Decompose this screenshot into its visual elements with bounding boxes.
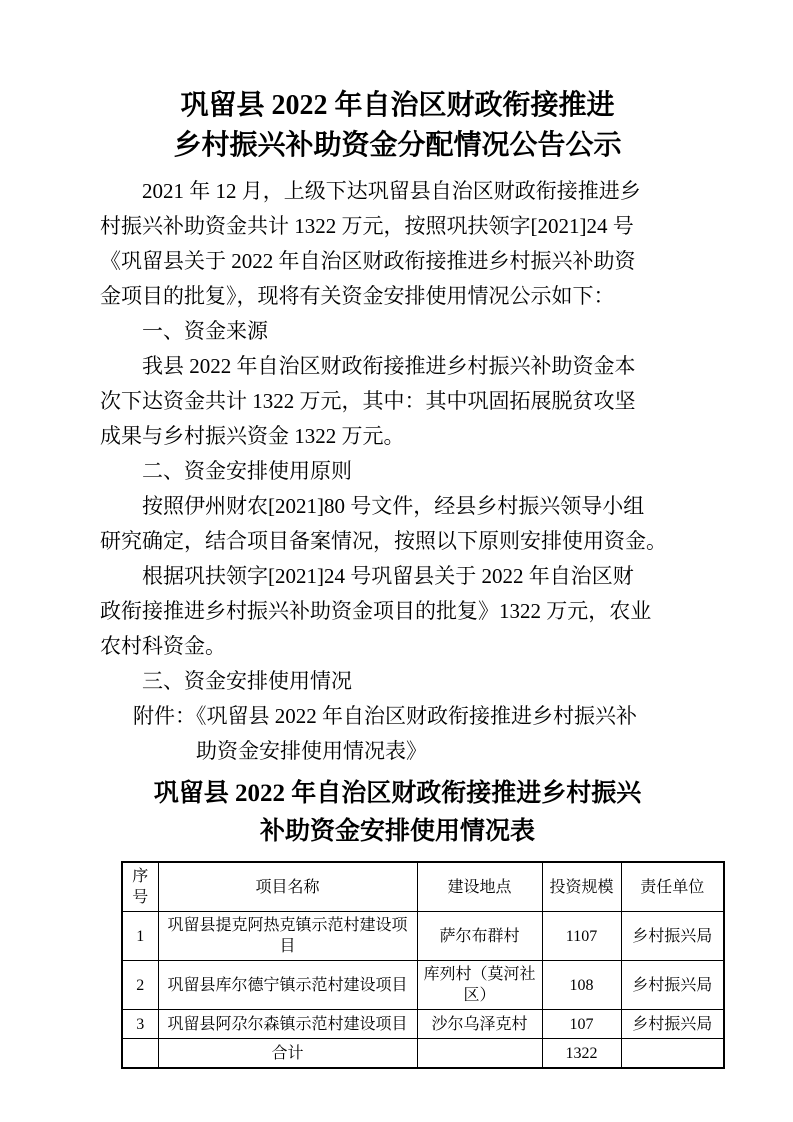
cell-investment: 108 [542, 961, 621, 1010]
header-project-name: 项目名称 [158, 862, 417, 912]
cell-location: 库列村（莫河社区） [417, 961, 542, 1010]
cell-total-label: 合计 [158, 1039, 417, 1069]
section1-heading: 一、资金来源 [100, 314, 695, 349]
document-title-line1: 巩留县 2022 年自治区财政衔接推进 [100, 86, 695, 126]
text-line: 《巩留县关于 2022 年自治区财政衔接推进乡村振兴补助资 [100, 244, 695, 279]
cell-investment: 1107 [542, 912, 621, 961]
table-title: 巩留县 2022 年自治区财政衔接推进乡村振兴 补助资金安排使用情况表 [100, 775, 695, 851]
table-total-row: 合计 1322 [122, 1039, 724, 1069]
cell-location: 萨尔布群村 [417, 912, 542, 961]
document-page: 巩留县 2022 年自治区财政衔接推进 乡村振兴补助资金分配情况公告公示 202… [0, 0, 793, 1122]
table-header-row: 序号 项目名称 建设地点 投资规模 责任单位 [122, 862, 724, 912]
cell-investment: 107 [542, 1010, 621, 1039]
heading-line: 二、资金安排使用原则 [100, 454, 695, 489]
text-line: 农村科资金。 [100, 629, 695, 664]
text-line: 根据巩扶领字[2021]24 号巩留县关于 2022 年自治区财 [100, 559, 695, 594]
cell-seq: 2 [122, 961, 158, 1010]
table-row: 3 巩留县阿尕尔森镇示范村建设项目 沙尔乌泽克村 107 乡村振兴局 [122, 1010, 724, 1039]
header-unit: 责任单位 [621, 862, 724, 912]
text-line: 研究确定，结合项目备案情况，按照以下原则安排使用资金。 [100, 524, 695, 559]
section3-heading: 三、资金安排使用情况 [100, 664, 695, 699]
cell-unit: 乡村振兴局 [621, 912, 724, 961]
table-row: 2 巩留县库尔德宁镇示范村建设项目 库列村（莫河社区） 108 乡村振兴局 [122, 961, 724, 1010]
cell-seq: 1 [122, 912, 158, 961]
table-title-line2: 补助资金安排使用情况表 [100, 813, 695, 851]
paragraph-intro: 2021 年 12 月，上级下达巩留县自治区财政衔接推进乡 村振兴补助资金共计 … [100, 174, 695, 314]
cell-unit: 乡村振兴局 [621, 1010, 724, 1039]
paragraph-usage-principle-2: 根据巩扶领字[2021]24 号巩留县关于 2022 年自治区财 政衔接推进乡村… [100, 559, 695, 664]
cell-seq: 3 [122, 1010, 158, 1039]
heading-line: 一、资金来源 [100, 314, 695, 349]
paragraph-usage-principle-1: 按照伊州财农[2021]80 号文件，经县乡村振兴领导小组 研究确定，结合项目备… [100, 489, 695, 559]
document-title-line2: 乡村振兴补助资金分配情况公告公示 [100, 126, 695, 166]
table-title-line1: 巩留县 2022 年自治区财政衔接推进乡村振兴 [100, 775, 695, 813]
cell-seq-empty [122, 1039, 158, 1069]
text-line: 我县 2022 年自治区财政衔接推进乡村振兴补助资金本 [100, 349, 695, 384]
header-location: 建设地点 [417, 862, 542, 912]
cell-project-name: 巩留县阿尕尔森镇示范村建设项目 [158, 1010, 417, 1039]
header-investment: 投资规模 [542, 862, 621, 912]
cell-project-name: 巩留县库尔德宁镇示范村建设项目 [158, 961, 417, 1010]
text-line: 按照伊州财农[2021]80 号文件，经县乡村振兴领导小组 [100, 489, 695, 524]
text-line: 村振兴补助资金共计 1322 万元，按照巩扶领字[2021]24 号 [100, 209, 695, 244]
cell-location-empty [417, 1039, 542, 1069]
cell-total-investment: 1322 [542, 1039, 621, 1069]
header-seq: 序号 [122, 862, 158, 912]
paragraph-funding-source: 我县 2022 年自治区财政衔接推进乡村振兴补助资金本 次下达资金共计 1322… [100, 349, 695, 454]
text-line: 金项目的批复》，现将有关资金安排使用情况公示如下： [100, 279, 695, 314]
attachment-note: 附件：《巩留县 2022 年自治区财政衔接推进乡村振兴补 助资金安排使用情况表》 [100, 699, 695, 769]
document-title: 巩留县 2022 年自治区财政衔接推进 乡村振兴补助资金分配情况公告公示 [100, 86, 695, 166]
text-line: 2021 年 12 月，上级下达巩留县自治区财政衔接推进乡 [100, 174, 695, 209]
text-line: 成果与乡村振兴资金 1322 万元。 [100, 419, 695, 454]
cell-unit-empty [621, 1039, 724, 1069]
heading-line: 三、资金安排使用情况 [100, 664, 695, 699]
cell-project-name: 巩留县提克阿热克镇示范村建设项目 [158, 912, 417, 961]
cell-location: 沙尔乌泽克村 [417, 1010, 542, 1039]
section2-heading: 二、资金安排使用原则 [100, 454, 695, 489]
table-row: 1 巩留县提克阿热克镇示范村建设项目 萨尔布群村 1107 乡村振兴局 [122, 912, 724, 961]
text-line: 政衔接推进乡村振兴补助资金项目的批复》1322 万元，农业 [100, 594, 695, 629]
cell-unit: 乡村振兴局 [621, 961, 724, 1010]
text-line: 次下达资金共计 1322 万元，其中：其中巩固拓展脱贫攻坚 [100, 384, 695, 419]
text-line: 助资金安排使用情况表》 [100, 734, 695, 769]
allocation-table: 序号 项目名称 建设地点 投资规模 责任单位 1 巩留县提克阿热克镇示范村建设项… [121, 861, 725, 1069]
text-line: 附件：《巩留县 2022 年自治区财政衔接推进乡村振兴补 [100, 699, 695, 734]
